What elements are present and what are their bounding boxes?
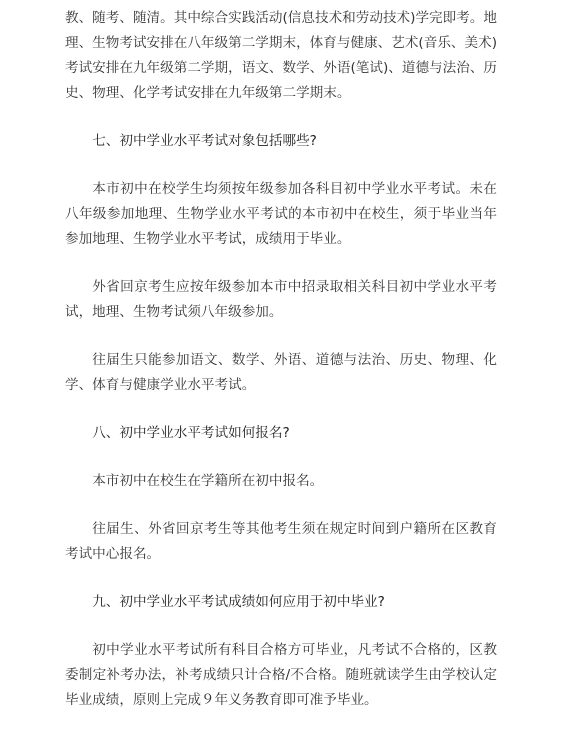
heading-section-8: 八、初中学业水平考试如何报名? <box>65 421 497 446</box>
heading-section-9: 九、初中学业水平考试成绩如何应用于初中毕业? <box>65 590 497 615</box>
paragraph-registration-others: 往届生、外省回京考生等其他考生须在规定时间到户籍所在区教育考试中心报名。 <box>65 517 497 567</box>
article-body: 教、随考、随清。其中综合实践活动(信息技术和劳动技术)学完即考。地理、生物考试安… <box>65 4 497 713</box>
paragraph-in-school-students: 本市初中在校学生均须按年级参加各科目初中学业水平考试。未在八年级参加地理、生物学… <box>65 177 497 252</box>
paragraph-registration-in-school: 本市初中在校生在学籍所在初中报名。 <box>65 469 497 494</box>
paragraph-past-graduates: 往届生只能参加语文、数学、外语、道德与法治、历史、物理、化学、体育与健康学业水平… <box>65 348 497 398</box>
paragraph-returning-students: 外省回京考生应按年级参加本市中招录取相关科目初中学业水平考试，地理、生物考试须八… <box>65 275 497 325</box>
heading-section-7: 七、初中学业水平考试对象包括哪些? <box>65 129 497 154</box>
paragraph-graduation-rules: 初中学业水平考试所有科目合格方可毕业，凡考试不合格的，区教委制定补考办法，补考成… <box>65 638 497 713</box>
paragraph-exam-schedule: 教、随考、随清。其中综合实践活动(信息技术和劳动技术)学完即考。地理、生物考试安… <box>65 6 497 106</box>
